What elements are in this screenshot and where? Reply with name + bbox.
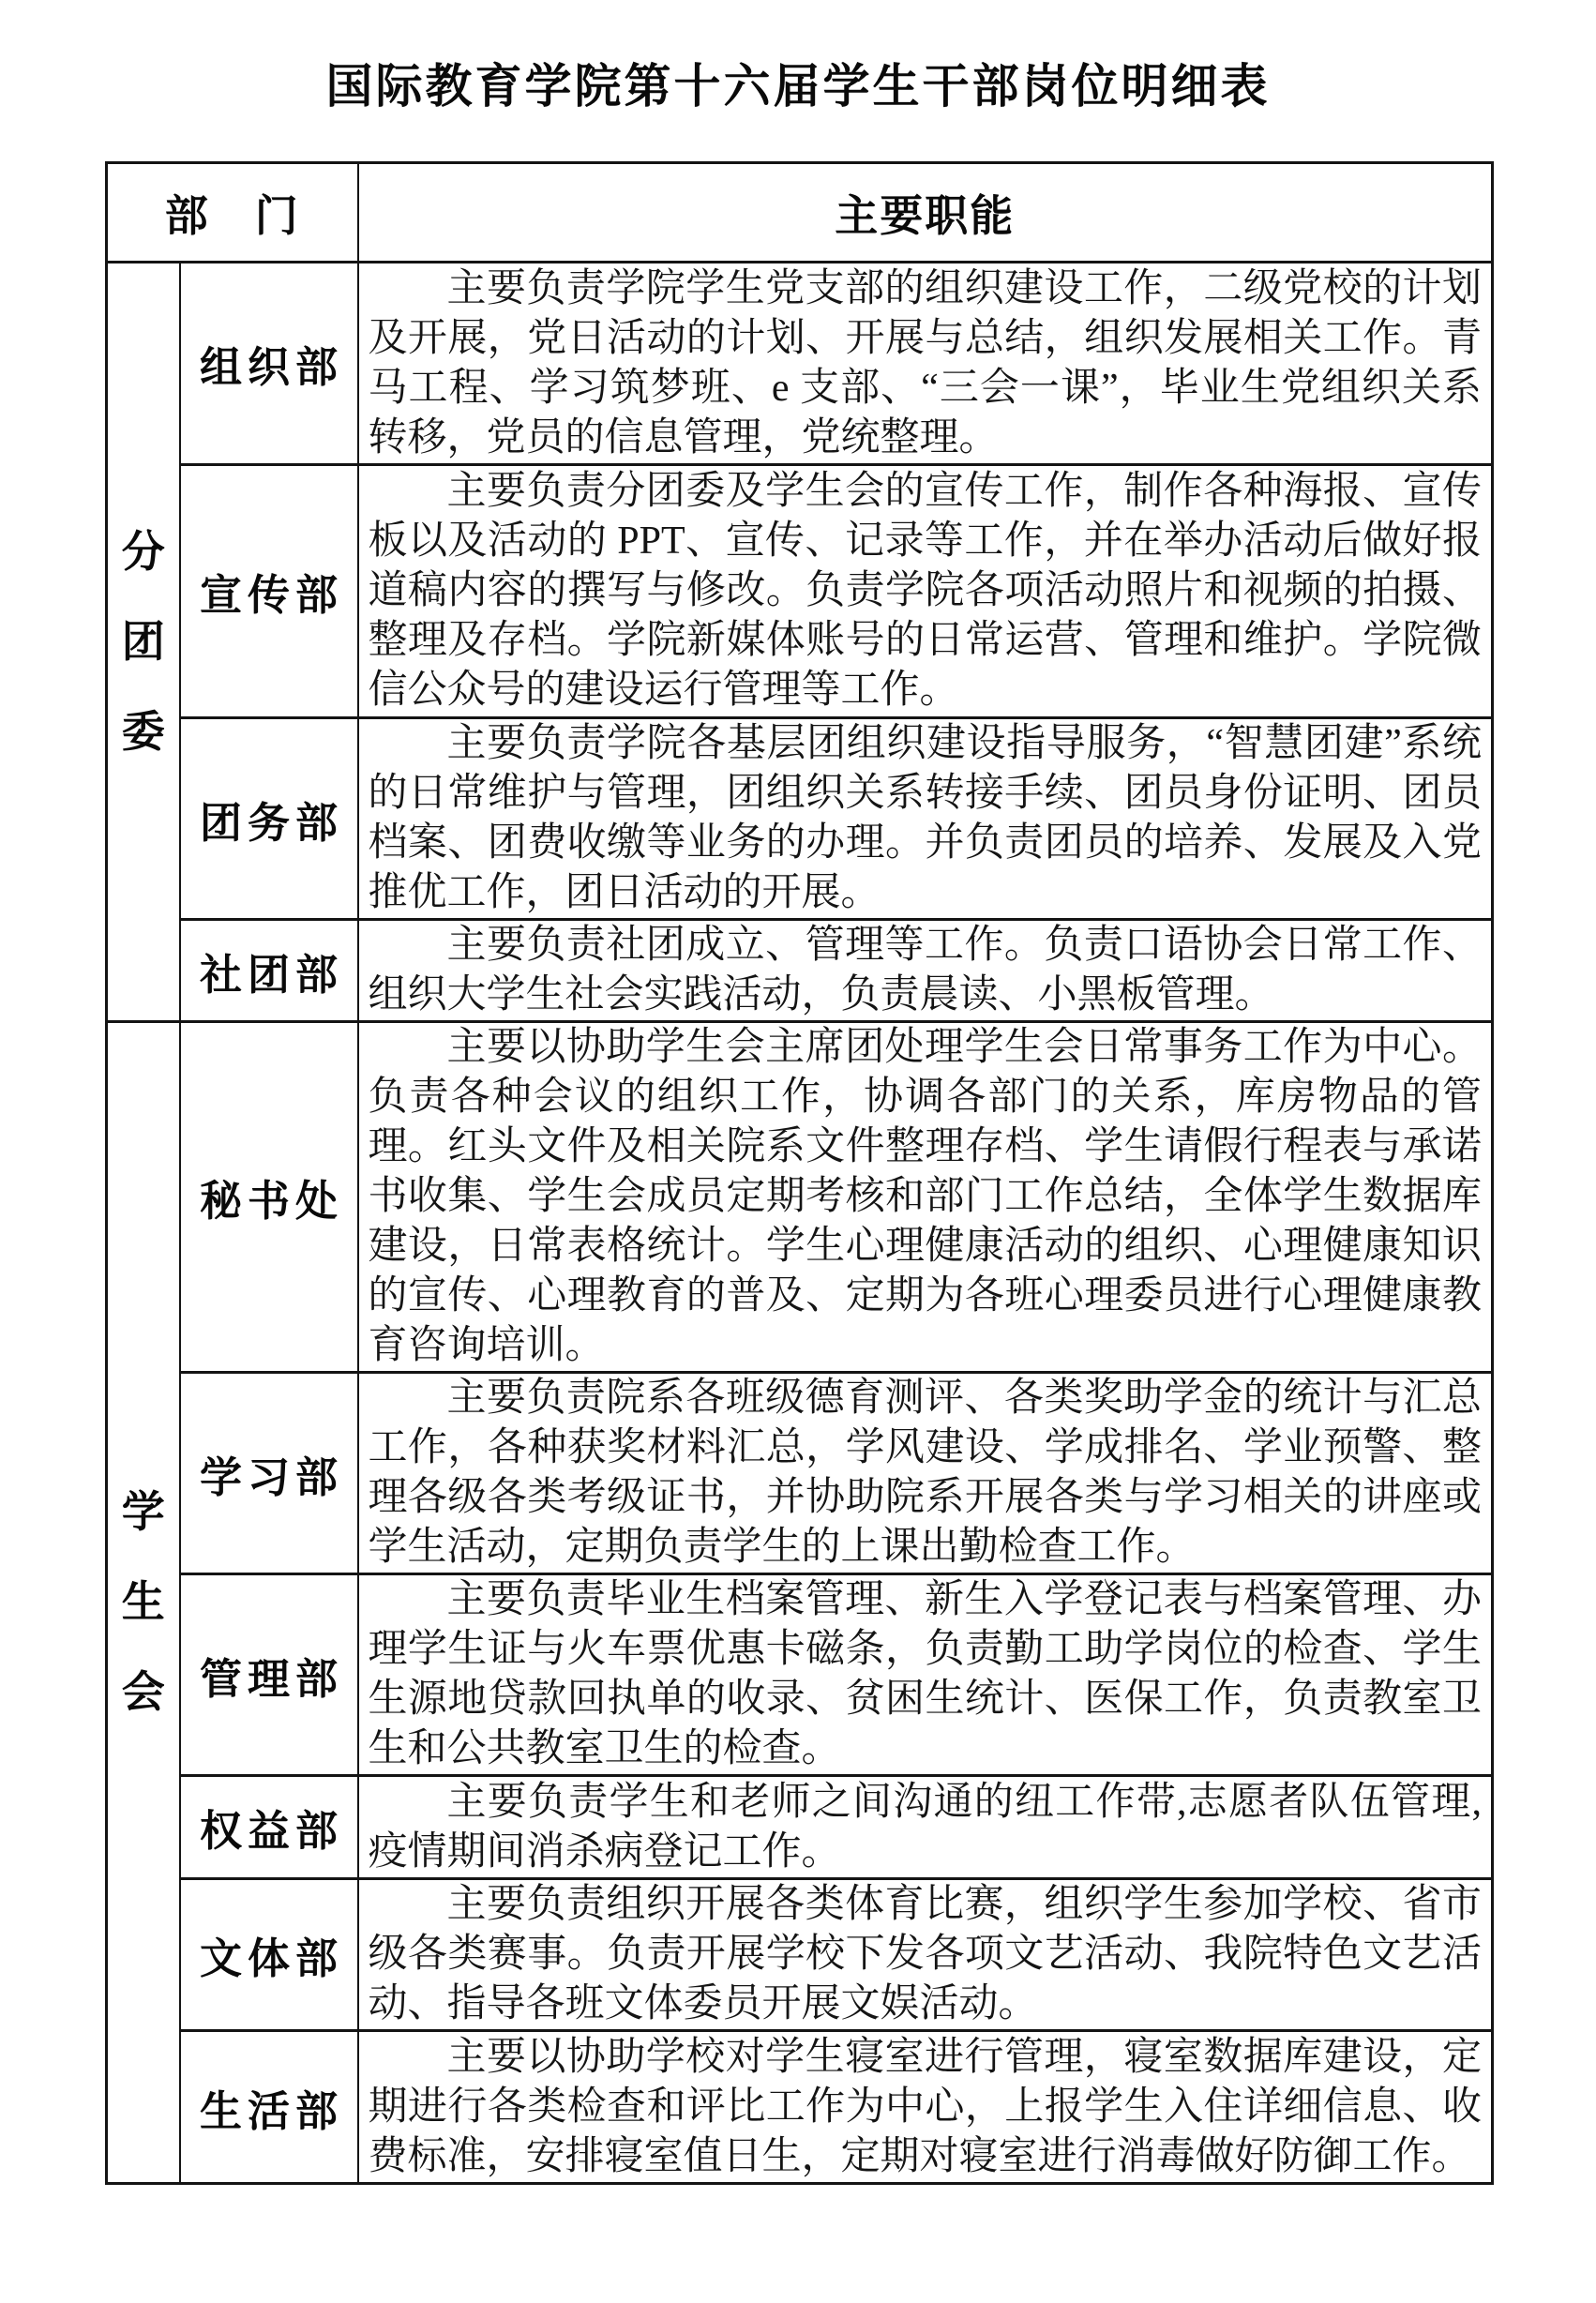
table-row: 文体部 主要负责组织开展各类体育比赛，组织学生参加学校、省市级各类赛事。负责开展… <box>107 1879 1493 2031</box>
table-row: 团务部 主要负责学院各基层团组织建设指导服务，“智慧团建”系统的日常维护与管理，… <box>107 718 1493 920</box>
department-description-cell: 主要以协助学生会主席团处理学生会日常事务工作为中心。负责各种会议的组织工作，协调… <box>358 1022 1493 1373</box>
group-char: 分 <box>122 531 165 574</box>
group-char: 会 <box>122 1671 165 1714</box>
department-description: 主要以协助学生会主席团处理学生会日常事务工作为中心。负责各种会议的组织工作，协调… <box>359 1023 1492 1371</box>
department-name: 秘书处 <box>180 1022 358 1373</box>
table-row: 学 生 会 秘书处 主要以协助学生会主席团处理学生会日常事务工作为中心。负责各种… <box>107 1022 1493 1373</box>
table-row: 社团部 主要负责社团成立、管理等工作。负责口语协会日常工作、组织大学生社会实践活… <box>107 920 1493 1022</box>
department-name: 组织部 <box>180 263 358 465</box>
group-char: 学 <box>122 1491 165 1534</box>
department-name: 学习部 <box>180 1373 358 1574</box>
department-description: 主要负责社团成立、管理等工作。负责口语协会日常工作、组织大学生社会实践活动，负责… <box>359 921 1492 1020</box>
table-row: 分 团 委 组织部 主要负责学院学生党支部的组织建设工作，二级党校的计划及开展，… <box>107 263 1493 465</box>
document-page: 国际教育学院第十六届学生干部岗位明细表 部 门 主要职能 分 团 委 组织部 <box>0 0 1596 2303</box>
department-name: 社团部 <box>180 920 358 1022</box>
group-char: 团 <box>122 621 165 664</box>
department-description-cell: 主要负责分团委及学生会的宣传工作，制作各种海报、宣传板以及活动的 PPT、宣传、… <box>358 465 1493 718</box>
group-char: 委 <box>122 711 165 754</box>
department-description-cell: 主要负责院系各班级德育测评、各类奖助学金的统计与汇总工作，各种获奖材料汇总，学风… <box>358 1373 1493 1574</box>
table-header-row: 部 门 主要职能 <box>107 163 1493 263</box>
department-name: 文体部 <box>180 1879 358 2031</box>
department-description-cell: 主要负责毕业生档案管理、新生入学登记表与档案管理、办理学生证与火车票优惠卡磁条，… <box>358 1574 1493 1776</box>
table-row: 管理部 主要负责毕业生档案管理、新生入学登记表与档案管理、办理学生证与火车票优惠… <box>107 1574 1493 1776</box>
group-label-student-union: 学 生 会 <box>107 1022 180 2184</box>
department-description: 主要负责学生和老师之间沟通的纽工作带,志愿者队伍管理,疫情期间消杀病登记工作。 <box>359 1778 1492 1877</box>
positions-table: 部 门 主要职能 分 团 委 组织部 主要负责学院学生党支部的组织建设工作，二级… <box>105 161 1494 2185</box>
vertical-group-label: 分 团 委 <box>108 531 179 754</box>
table-row: 权益部 主要负责学生和老师之间沟通的纽工作带,志愿者队伍管理,疫情期间消杀病登记… <box>107 1776 1493 1879</box>
page-title: 国际教育学院第十六届学生干部岗位明细表 <box>0 0 1596 116</box>
department-description: 主要以协助学校对学生寝室进行管理，寝室数据库建设，定期进行各类检查和评比工作为中… <box>359 2033 1492 2182</box>
department-description-cell: 主要负责学院各基层团组织建设指导服务，“智慧团建”系统的日常维护与管理，团组织关… <box>358 718 1493 920</box>
vertical-group-label: 学 生 会 <box>108 1491 179 1714</box>
department-description: 主要负责院系各班级德育测评、各类奖助学金的统计与汇总工作，各种获奖材料汇总，学风… <box>359 1374 1492 1573</box>
department-description-cell: 主要以协助学校对学生寝室进行管理，寝室数据库建设，定期进行各类检查和评比工作为中… <box>358 2031 1493 2184</box>
table-row: 宣传部 主要负责分团委及学生会的宣传工作，制作各种海报、宣传板以及活动的 PPT… <box>107 465 1493 718</box>
department-name: 生活部 <box>180 2031 358 2184</box>
department-description-cell: 主要负责社团成立、管理等工作。负责口语协会日常工作、组织大学生社会实践活动，负责… <box>358 920 1493 1022</box>
department-description-cell: 主要负责组织开展各类体育比赛，组织学生参加学校、省市级各类赛事。负责开展学校下发… <box>358 1879 1493 2031</box>
table-row: 生活部 主要以协助学校对学生寝室进行管理，寝室数据库建设，定期进行各类检查和评比… <box>107 2031 1493 2184</box>
table-row: 学习部 主要负责院系各班级德育测评、各类奖助学金的统计与汇总工作，各种获奖材料汇… <box>107 1373 1493 1574</box>
department-description-cell: 主要负责学生和老师之间沟通的纽工作带,志愿者队伍管理,疫情期间消杀病登记工作。 <box>358 1776 1493 1879</box>
group-label-youth-league: 分 团 委 <box>107 263 180 1022</box>
department-description-cell: 主要负责学院学生党支部的组织建设工作，二级党校的计划及开展，党日活动的计划、开展… <box>358 263 1493 465</box>
department-column-header: 部 门 <box>107 163 358 263</box>
group-char: 生 <box>122 1581 165 1624</box>
department-description: 主要负责学院各基层团组织建设指导服务，“智慧团建”系统的日常维护与管理，团组织关… <box>359 719 1492 918</box>
department-description: 主要负责组织开展各类体育比赛，组织学生参加学校、省市级各类赛事。负责开展学校下发… <box>359 1880 1492 2029</box>
department-description: 主要负责分团委及学生会的宣传工作，制作各种海报、宣传板以及活动的 PPT、宣传、… <box>359 467 1492 715</box>
department-name: 团务部 <box>180 718 358 920</box>
department-name: 宣传部 <box>180 465 358 718</box>
department-description: 主要负责毕业生档案管理、新生入学登记表与档案管理、办理学生证与火车票优惠卡磁条，… <box>359 1575 1492 1774</box>
function-column-header: 主要职能 <box>358 163 1493 263</box>
department-name: 管理部 <box>180 1574 358 1776</box>
department-name: 权益部 <box>180 1776 358 1879</box>
department-description: 主要负责学院学生党支部的组织建设工作，二级党校的计划及开展，党日活动的计划、开展… <box>359 264 1492 463</box>
